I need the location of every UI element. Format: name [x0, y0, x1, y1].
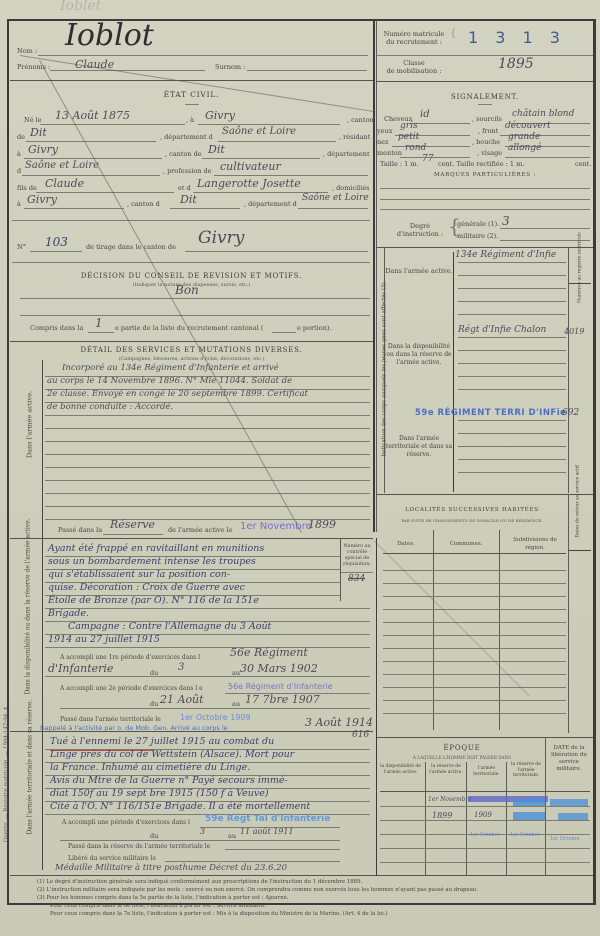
domicilies-label: , domiciliés: [332, 184, 370, 192]
du-label: du: [150, 832, 158, 840]
localites-col-communes: Communes.: [434, 540, 498, 548]
line: [22, 175, 160, 176]
compris-label-3: e portion).: [297, 324, 332, 332]
bouche-label: , bouche: [472, 138, 500, 146]
tirage-canton-value: Givry: [198, 228, 244, 248]
separator: [10, 731, 373, 732]
title-rule: [478, 104, 492, 105]
taille-rect-label: cent. Taille rectifiée : 1 m.: [438, 160, 524, 168]
periode2-stamp: 56e Régiment d'Infanterie: [228, 682, 333, 691]
side-label-reserve: Dans la disponibilité ou dans la réserve…: [24, 535, 33, 695]
line: [103, 534, 163, 535]
canton2-value: Dit: [208, 143, 225, 156]
prenoms-line: [50, 70, 205, 71]
line: [383, 687, 566, 688]
line: [505, 157, 590, 158]
line: [202, 158, 320, 159]
birth-place: Givry: [205, 109, 235, 122]
stamp-bar: [558, 813, 588, 820]
nom-line: [38, 55, 368, 56]
periode3-du: 3: [200, 827, 205, 836]
line: [380, 848, 590, 849]
visage-label: , visage: [477, 149, 502, 157]
periode3-label: A accompli une période d'exercices dans …: [62, 819, 190, 826]
etat-civil-title: ÉTAT CIVIL.: [10, 90, 373, 99]
periode2-label: A accompli une 2e période d'exercices da…: [60, 685, 203, 692]
reserve-terr-label: Passé dans la réserve de l'armée territo…: [68, 843, 210, 850]
line: [458, 389, 566, 390]
line: [383, 622, 566, 623]
mother-name: Langerotte Josette: [197, 177, 301, 190]
localites-side-label: Dates du retour au service actif: [576, 478, 581, 538]
epoque-cell: 1er Octobre: [510, 832, 540, 838]
localites-subtitle: PAR SUITE DE CHANGEMENTS DE DOMICILE OU …: [377, 518, 567, 523]
line: [458, 275, 566, 276]
line: [458, 301, 566, 302]
corps-reserve-label: Dans la disponibilité ou dans la réserve…: [385, 343, 453, 367]
line: [380, 209, 590, 210]
du-label: du: [150, 700, 158, 708]
line: [45, 480, 370, 481]
separator: [377, 247, 593, 248]
periode3-au: 11 août 1911: [240, 827, 294, 836]
line: [40, 124, 185, 125]
epoque-subtitle: À LAQUELLE L'HOMME DOIT PASSER DANS: [377, 755, 547, 760]
epoque-cell: 1909: [474, 811, 492, 819]
nom-value: Ioblot: [65, 18, 154, 53]
active-line-4: de bonne conduite : Accordé.: [47, 402, 173, 412]
taille-value: 77: [422, 154, 433, 164]
residence-value: Givry: [28, 143, 58, 156]
canton-value: Dit: [30, 126, 47, 139]
line: [380, 820, 590, 821]
corps-reserve-value: Régt d'Infie Chalon: [458, 325, 546, 335]
corps-active-label: Dans l'armée active.: [385, 267, 453, 275]
line: [20, 315, 370, 316]
ne-le-label: Né le: [24, 116, 42, 124]
territoriale-line-3: la France. Inhumé au cimetière du Linge.: [50, 762, 250, 773]
line: [458, 433, 566, 434]
classe-value: 1895: [498, 56, 534, 72]
line: [88, 332, 114, 333]
line: [383, 713, 566, 714]
line: [298, 208, 368, 209]
front-label: , front: [478, 127, 498, 135]
sourcils-label: , sourcils: [472, 115, 502, 123]
line: [380, 806, 590, 807]
decision-separator: [10, 341, 373, 342]
footnote-separator: [10, 875, 593, 876]
numero-label: Numéros au registre matricule: [578, 228, 583, 308]
line: [170, 208, 240, 209]
du-label: du: [150, 669, 158, 677]
stamp-bar: [513, 812, 545, 820]
territoriale-line-4: Avis du Mtre de la Guerre n° Payé secour…: [50, 775, 288, 786]
line: [45, 415, 370, 416]
reserve-line-5: Étoile de Bronze (par O). N° 116 de la 1…: [48, 595, 259, 606]
line: [12, 220, 370, 221]
generale-label: générale (1).: [457, 220, 499, 228]
canton-label: , canton: [347, 116, 374, 124]
militaire-label: militaire (2).: [457, 232, 498, 240]
epoque-cell: 1er Novembre: [428, 796, 472, 803]
taille-label: Taille : 1 m.: [380, 160, 419, 168]
nez-label: nez: [377, 138, 388, 146]
periode1-label: A accompli une 1re période d'exercices d…: [60, 654, 200, 661]
line: [392, 146, 470, 147]
territoriale-line-6: Cité à l'O. N° 116/151e Brigade. Il a ét…: [50, 801, 310, 812]
surnom-label: Surnom :: [215, 63, 245, 71]
canton3-value: Dit: [180, 193, 197, 206]
reserve-line-6: Brigade.: [48, 608, 89, 619]
special-no-value: 834: [348, 574, 365, 584]
ghost-name: Ioblet: [60, 0, 101, 14]
line: [383, 583, 566, 584]
line: [185, 251, 368, 252]
line: [26, 141, 156, 142]
line: [45, 676, 370, 677]
tirage-no-value: 103: [45, 235, 68, 249]
libere-label: Libéré du service militaire le: [68, 855, 156, 862]
line: [458, 363, 566, 364]
services-title: DÉTAIL DES SERVICES ET MUTATIONS DIVERSE…: [10, 346, 373, 354]
corps-right-rule: [568, 248, 569, 493]
line: [383, 609, 566, 610]
line: [458, 262, 566, 263]
a-label: à: [17, 200, 21, 208]
domicile-value: Givry: [27, 193, 57, 206]
epoque-cell: 1er Octobre: [470, 832, 500, 838]
line: [383, 648, 566, 649]
sourcils-value: châtain blond: [512, 109, 574, 119]
line: [569, 550, 591, 551]
active-line-2: au corps le 14 Novembre 1896. N° Mle 110…: [47, 376, 292, 386]
departement3-label: , département d: [244, 200, 297, 208]
compris-label: Compris dans la: [30, 324, 83, 332]
et-label: et d: [178, 184, 191, 192]
line: [214, 175, 368, 176]
reserve-line-1: Ayant été frappé en ravitaillant en muni…: [48, 543, 264, 554]
header-rule: [383, 553, 566, 554]
line: [410, 123, 470, 124]
profession-value: cultivateur: [220, 160, 281, 173]
canton3-label: , canton d: [127, 200, 160, 208]
line: [458, 420, 566, 421]
de-label: de: [17, 133, 25, 141]
corps-active-value: 134e Régiment d'Infie: [455, 250, 556, 260]
a-label: à: [17, 150, 21, 158]
territoriale-line-2: Linge près du col de Wettstein (Alsace).…: [50, 749, 294, 760]
periode2-du: 21 Août: [160, 693, 204, 706]
cheveux-value: id: [420, 109, 430, 120]
line: [45, 493, 370, 494]
epoque-col-reserve: la réserve de l'armée active.: [426, 764, 466, 775]
line: [500, 240, 590, 241]
reserve-line-8: 1914 au 27 juillet 1915: [48, 634, 160, 645]
degre-label: Degréd'instruction :: [395, 222, 445, 238]
line: [458, 314, 566, 315]
line: [380, 199, 590, 200]
line: [400, 157, 470, 158]
marques-title: MARQUES PARTICULIÈRES :: [377, 172, 593, 178]
line: [45, 441, 370, 442]
line: [45, 454, 370, 455]
title-rule: [185, 104, 199, 105]
col-divider: [506, 762, 507, 875]
decision-value: Bon: [175, 283, 199, 297]
line: [458, 446, 566, 447]
bouche-value: grande: [508, 132, 540, 142]
fils-label: fils de: [17, 184, 37, 192]
menton-value: rond: [405, 143, 426, 153]
matricule-value: 1 3 1 3: [468, 28, 566, 47]
periode1-du: 3: [178, 662, 184, 673]
line: [165, 861, 340, 862]
line: [383, 635, 566, 636]
line: [12, 262, 370, 263]
periode1-unit: 56e Régiment: [230, 646, 308, 659]
services-subtitle: (Campagnes, blessures, actions d'éclat, …: [10, 356, 373, 362]
decision-title: DÉCISION DU CONSEIL DE REVISION ET MOTIF…: [10, 272, 373, 280]
epoque-cell: 1899: [432, 811, 452, 820]
medaille-line: Médaille Militaire à titre posthume Décr…: [55, 863, 287, 873]
matricule-line: [377, 55, 593, 56]
line: [458, 288, 566, 289]
reserve-line-7: Campagne : Contre l'Allemagne du 3 Août: [68, 621, 271, 632]
localites-title: LOCALITÉS SUCCESSIVES HABITÉES: [377, 507, 567, 513]
compris-value: 1: [95, 316, 103, 330]
epoque-left-rule: [376, 538, 377, 876]
line: [60, 840, 340, 841]
surnom-line: [247, 70, 367, 71]
active-line-3: 2e classe. Envoyé en congé le 20 septemb…: [47, 389, 308, 399]
line: [380, 862, 590, 863]
services-left-rule: [42, 360, 43, 870]
line: [272, 332, 296, 333]
stamp-bar: [513, 799, 545, 806]
departement2-value: Saône et Loire: [25, 160, 99, 171]
yeux-label: yeux: [377, 127, 392, 135]
epoque-date-title: DATE de la libération du service militai…: [547, 745, 591, 773]
epoque-title: ÉPOQUE: [377, 744, 547, 752]
line: [218, 141, 336, 142]
periode1-au: 30 Mars 1902: [240, 662, 318, 675]
line: [198, 124, 340, 125]
column-divider: [373, 20, 375, 532]
signalement-title: SIGNALEMENT.: [377, 93, 593, 101]
side-label-territoriale: Dans l'armée territoriale et dans sa rés…: [26, 715, 35, 835]
special-no-label: Numéro au contrôle spécial de réquisitio…: [341, 544, 373, 568]
line: [60, 708, 370, 709]
line: [225, 849, 340, 850]
header-rule: [380, 791, 590, 792]
au-label: au: [228, 832, 236, 840]
matricule-label: Numéro matriculedu recrutement :: [379, 30, 449, 46]
reserve-line-3: qui s'établissaient sur la position con-: [48, 569, 230, 580]
line: [383, 570, 566, 571]
generale-value: 3: [502, 214, 510, 228]
epoque-col-reserve-territoriale: la réserve de l'armée territoriale.: [507, 762, 545, 779]
yeux-value: gris: [400, 121, 418, 131]
periode1-unit-2: d'Infanterie: [48, 662, 113, 675]
passe-year: 1899: [308, 518, 336, 531]
line: [500, 228, 590, 229]
epoque-col-disponibilite: la disponibilité de l'armée active.: [377, 764, 424, 775]
line: [45, 428, 370, 429]
classe-label: Classede mobilisation :: [379, 59, 449, 75]
rappel-date: 3 Août 1914: [305, 716, 373, 729]
line: [458, 472, 566, 473]
nom-label: Nom :: [17, 47, 37, 55]
periode2-au: 17 7bre 1907: [245, 693, 320, 706]
territoriale-stamp: 1er Octobre 1909: [180, 713, 251, 722]
cent-label: cent.: [575, 160, 591, 168]
tirage-label: de tirage dans le canton de: [86, 243, 176, 251]
margin-imprint: Guerre. — Registre matricule. — 1994-147…: [3, 690, 12, 860]
line: [45, 608, 370, 609]
front-value: découvert: [505, 121, 551, 131]
localites-col-dates: Dates.: [380, 540, 432, 548]
line: [45, 647, 370, 648]
line: [383, 700, 566, 701]
col-divider: [466, 762, 467, 875]
epoque-cell: 1er Octobre: [550, 836, 580, 842]
footnote-5: Pour ceux compris dans la 7e liste, l'in…: [50, 910, 388, 920]
passe-label-2: de l'armée active le: [168, 526, 233, 534]
localites-right-rule: [568, 495, 569, 733]
line: [569, 283, 591, 284]
line: [45, 467, 370, 468]
reserve-line-2: sous un bombardement intense les troupes: [48, 556, 256, 567]
tirage-no-label: N°: [17, 243, 26, 251]
separator: [10, 538, 373, 539]
header-separator: [10, 80, 373, 81]
territoriale-line-1: Tué à l'ennemi le 27 juillet 1915 au com…: [50, 736, 274, 747]
departement-value: Saône et Loire: [222, 126, 296, 137]
line: [458, 350, 566, 351]
line: [383, 596, 566, 597]
profession-label: , profession de: [163, 167, 212, 175]
au-label: au: [232, 700, 240, 708]
line: [341, 572, 373, 573]
side-label-active: Dans l'armée active.: [26, 365, 35, 485]
departement3-value: Saône et Loire: [302, 193, 369, 203]
separator: [377, 737, 593, 738]
menton-label: menton: [377, 149, 402, 157]
corps-territoriale-no: 692: [562, 408, 579, 418]
residant-label: , résidant: [339, 133, 370, 141]
line: [458, 337, 566, 338]
d-label: d: [17, 167, 21, 175]
departement2-label: , département: [323, 150, 370, 158]
corps-brace: [453, 252, 454, 492]
au-label: au: [232, 669, 240, 677]
stamp-bar: [550, 799, 588, 806]
line: [45, 506, 370, 507]
active-line-1: Incorporé au 134e Régiment d'Infanterie …: [62, 363, 279, 373]
corps-territoriale-label: Dans l'armée territoriale et dans sa rés…: [385, 435, 453, 459]
line: [24, 208, 124, 209]
col-divider: [425, 762, 426, 875]
departement-label: , département d: [160, 133, 213, 141]
line: [383, 661, 566, 662]
line: [458, 376, 566, 377]
nez-value: petit: [398, 132, 419, 142]
passe-label: Passé dans la: [58, 526, 102, 534]
corps-territoriale-stamp: 59e RÉGIMENT TERRI D'INFie: [415, 408, 566, 418]
localites-col-subdivisions: Subdivisions de région.: [505, 536, 565, 552]
corps-reserve-no: 4019: [564, 327, 584, 336]
line: [380, 188, 590, 189]
passe-value: Réserve: [110, 518, 155, 531]
territoriale-line-5: diat 150f au 19 sept bre 1915 (150 f à V…: [50, 788, 269, 799]
epoque-col-territoriale: l'armée territoriale.: [467, 766, 506, 777]
father-name: Claude: [45, 177, 84, 190]
classe-line: [377, 81, 593, 82]
line: [20, 298, 370, 299]
line: [30, 251, 82, 252]
canton2-label: , canton de: [165, 150, 202, 158]
territoriale-label: Passé dans l'armée territoriale le: [60, 716, 161, 723]
periode3-stamp: 59e Régt Tal d'Infanterie: [205, 814, 330, 824]
separator: [377, 494, 593, 495]
a-label: , à: [186, 116, 194, 124]
line: [383, 674, 566, 675]
reserve-line-4: quise. Décoration : Croix de Guerre avec: [48, 582, 245, 593]
line: [458, 459, 566, 460]
visage-value: allongé: [508, 143, 541, 153]
